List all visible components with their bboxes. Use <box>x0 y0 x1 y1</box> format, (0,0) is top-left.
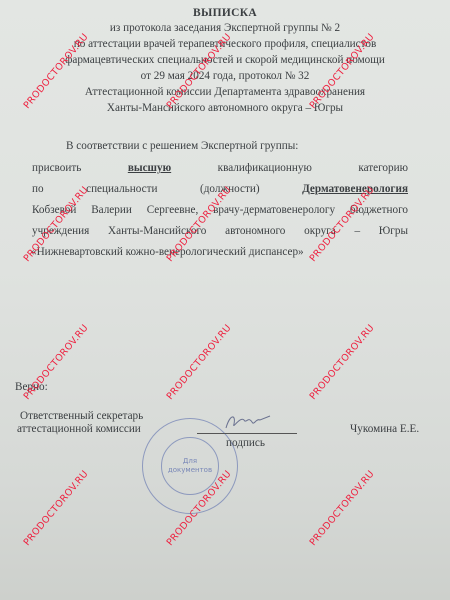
text: категорию <box>358 162 408 174</box>
specialty-value: Дерматовенерология <box>302 183 408 195</box>
signatory-role: Ответственный секретарь <box>20 410 143 422</box>
watermark: PRODOCTOROV.RU <box>22 323 91 402</box>
text: Сергеевне, <box>147 204 199 216</box>
signatory-name: Чукомина Е.Е. <box>350 423 419 435</box>
text: автономного <box>225 225 285 237</box>
watermark: PRODOCTOROV.RU <box>308 469 377 548</box>
watermark: PRODOCTOROV.RU <box>165 323 234 402</box>
stamp-text: Для <box>183 457 197 466</box>
text: по <box>32 183 44 195</box>
document-title: ВЫПИСКА <box>0 7 450 19</box>
signature-scribble <box>222 410 272 434</box>
signature-line <box>197 433 297 434</box>
header-line: Ханты-Мансийского автономного округа – Ю… <box>0 102 450 114</box>
signature-caption: подпись <box>226 437 265 449</box>
text: – <box>354 225 360 237</box>
watermark: PRODOCTOROV.RU <box>308 323 377 402</box>
decision-row-4: учреждения Ханты-Мансийского автономного… <box>32 225 408 237</box>
intro-text: В соответствии с решением Экспертной гру… <box>66 140 298 152</box>
document-page: ВЫПИСКА из протокола заседания Экспертно… <box>0 0 450 600</box>
header-line: Аттестационной комиссии Департамента здр… <box>0 86 450 98</box>
header-line: от 29 мая 2024 года, протокол № 32 <box>0 70 450 82</box>
stamp-text: документов <box>168 466 212 475</box>
text: Валерии <box>91 204 132 216</box>
text: квалификационную <box>218 162 312 174</box>
category-value: высшую <box>128 162 171 174</box>
decision-row-1: присвоить высшую квалификационную катего… <box>32 162 408 174</box>
signatory-role: аттестационной комиссии <box>17 423 141 435</box>
text: присвоить <box>32 162 81 174</box>
text: врачу-дерматовенерологу <box>213 204 335 216</box>
text: Югры <box>379 225 408 237</box>
text: специальности <box>86 183 157 195</box>
watermark: PRODOCTOROV.RU <box>22 469 91 548</box>
